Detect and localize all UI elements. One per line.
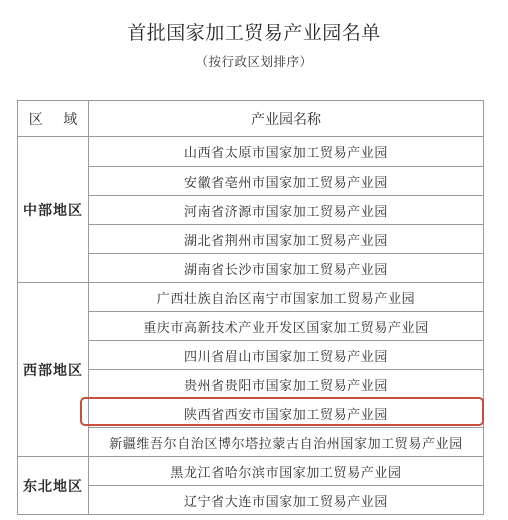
header-park-name: 产业园名称 — [89, 101, 484, 137]
region-cell-western: 西部地区 — [18, 283, 89, 457]
header-region: 区 域 — [18, 101, 89, 137]
document-subtitle: （按行政区划排序） — [0, 52, 508, 70]
park-cell: 黑龙江省哈尔滨市国家加工贸易产业园 — [89, 457, 484, 486]
park-cell: 辽宁省大连市国家加工贸易产业园 — [89, 486, 484, 515]
park-cell: 河南省济源市国家加工贸易产业园 — [89, 196, 484, 225]
table-row: 西部地区 广西壮族自治区南宁市国家加工贸易产业园 — [18, 283, 484, 312]
document-title: 首批国家加工贸易产业园名单 — [0, 18, 508, 45]
region-cell-northeast: 东北地区 — [18, 457, 89, 515]
table-header-row: 区 域 产业园名称 — [18, 101, 484, 137]
table-row: 中部地区 山西省太原市国家加工贸易产业园 — [18, 137, 484, 167]
park-cell: 四川省眉山市国家加工贸易产业园 — [89, 341, 484, 370]
park-cell: 湖北省荆州市国家加工贸易产业园 — [89, 225, 484, 254]
park-cell: 安徽省亳州市国家加工贸易产业园 — [89, 167, 484, 196]
park-cell: 湖南省长沙市国家加工贸易产业园 — [89, 254, 484, 283]
region-cell-central: 中部地区 — [18, 137, 89, 283]
park-cell: 贵州省贵阳市国家加工贸易产业园 — [89, 370, 484, 399]
park-cell: 重庆市高新技术产业开发区国家加工贸易产业园 — [89, 312, 484, 341]
park-cell: 山西省太原市国家加工贸易产业园 — [89, 137, 484, 167]
table-row: 东北地区 黑龙江省哈尔滨市国家加工贸易产业园 — [18, 457, 484, 486]
park-list-table: 区 域 产业园名称 中部地区 山西省太原市国家加工贸易产业园 安徽省亳州市国家加… — [17, 100, 484, 515]
park-cell: 新疆维吾尔自治区博尔塔拉蒙古自治州国家加工贸易产业园 — [89, 428, 484, 457]
park-cell: 广西壮族自治区南宁市国家加工贸易产业园 — [89, 283, 484, 312]
park-cell-highlighted: 陕西省西安市国家加工贸易产业园 — [89, 399, 484, 428]
